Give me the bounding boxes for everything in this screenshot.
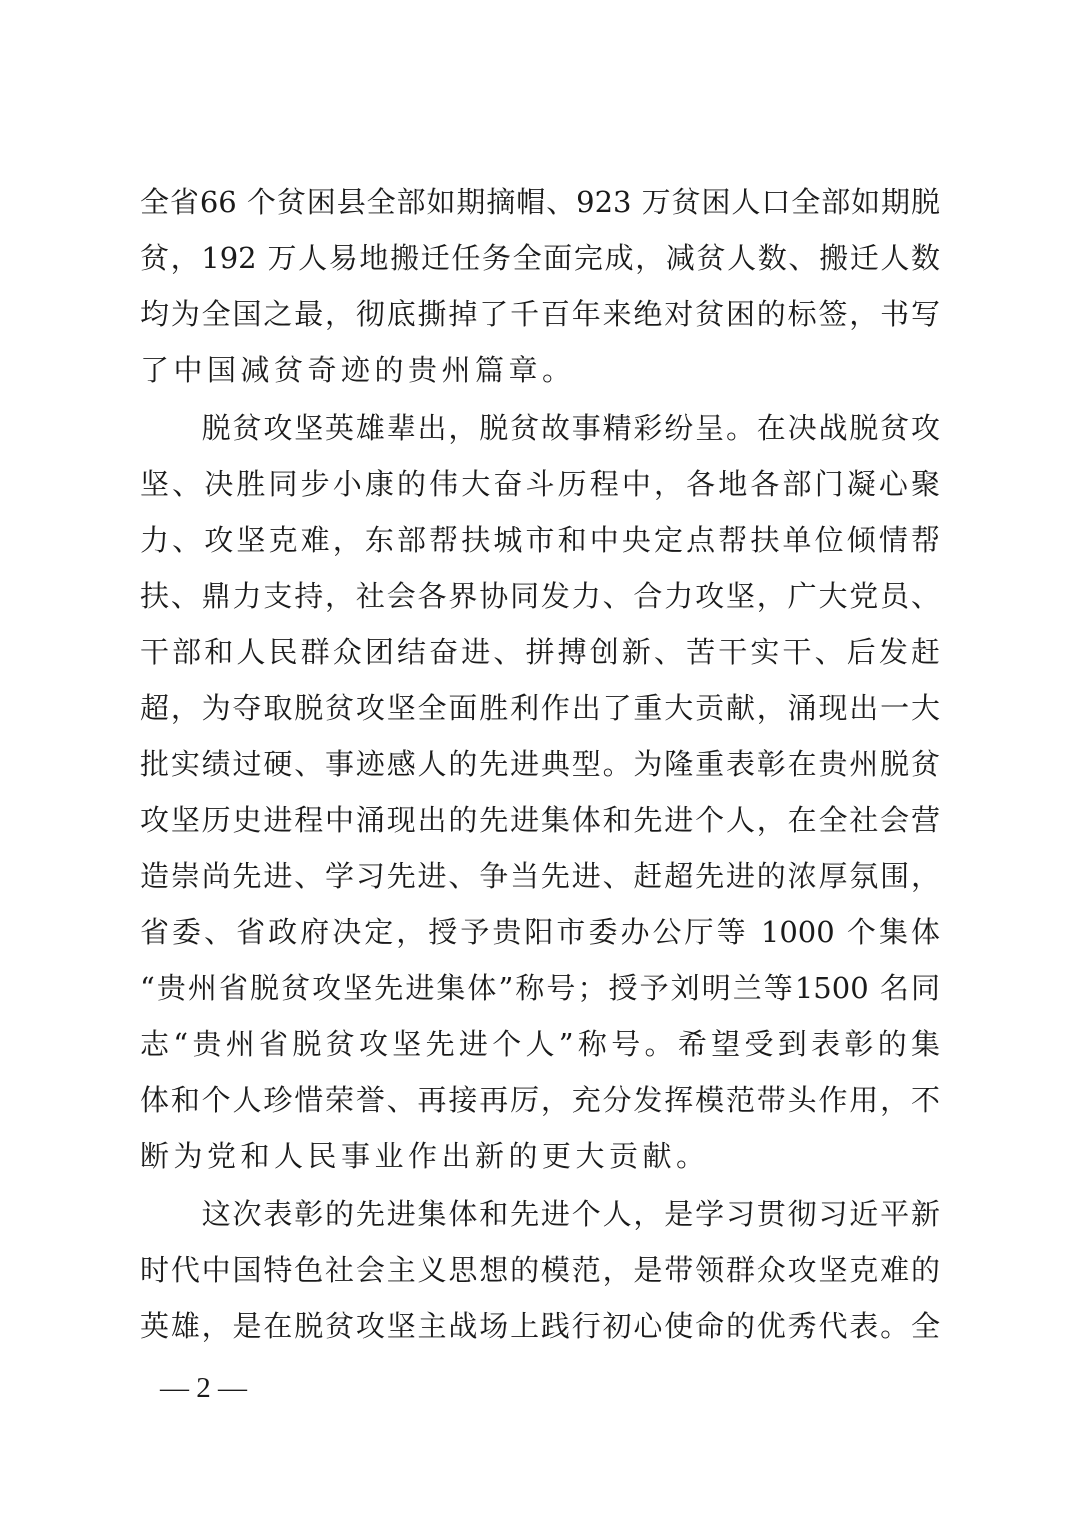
text-line: 省委、省政府决定，授予贵阳市委办公厅等 1000 个集体 — [140, 912, 940, 952]
text-line: 扶、鼎力支持，社会各界协同发力、合力攻坚，广大党员、 — [140, 576, 940, 616]
text-line: 攻坚历史进程中涌现出的先进集体和先进个人，在全社会营 — [140, 800, 940, 840]
text-line: 脱贫攻坚英雄辈出，脱贫故事精彩纷呈。在决战脱贫攻 — [140, 408, 940, 448]
text-line: 造崇尚先进、学习先进、争当先进、赶超先进的浓厚氛围， — [140, 856, 940, 896]
text-line: 了中国减贫奇迹的贵州篇章。 — [140, 350, 940, 390]
text-line: 超，为夺取脱贫攻坚全面胜利作出了重大贡献，涌现出一大 — [140, 688, 940, 728]
text-line: 均为全国之最，彻底撕掉了千百年来绝对贫困的标签，书写 — [140, 294, 940, 334]
text-line: 批实绩过硬、事迹感人的先进典型。为隆重表彰在贵州脱贫 — [140, 744, 940, 784]
text-line: 时代中国特色社会主义思想的模范，是带领群众攻坚克难的 — [140, 1250, 940, 1290]
text-line: 贫，192 万人易地搬迁任务全面完成，减贫人数、搬迁人数 — [140, 238, 940, 278]
text-line: 这次表彰的先进集体和先进个人，是学习贯彻习近平新 — [140, 1194, 940, 1234]
document-page: 全省66 个贫困县全部如期摘帽、923 万贫困人口全部如期脱 贫，192 万人易… — [0, 0, 1080, 1527]
text-line: 坚、决胜同步小康的伟大奋斗历程中，各地各部门凝心聚 — [140, 464, 940, 504]
text-line: 志“贵州省脱贫攻坚先进个人”称号。希望受到表彰的集 — [140, 1024, 940, 1064]
text-line: 全省66 个贫困县全部如期摘帽、923 万贫困人口全部如期脱 — [140, 182, 940, 222]
text-line: 力、攻坚克难，东部帮扶城市和中央定点帮扶单位倾情帮 — [140, 520, 940, 560]
text-line: 英雄，是在脱贫攻坚主战场上践行初心使命的优秀代表。全 — [140, 1306, 940, 1346]
page-number: — 2 — — [160, 1368, 247, 1408]
text-line: “贵州省脱贫攻坚先进集体”称号；授予刘明兰等1500 名同 — [140, 968, 940, 1008]
text-line: 体和个人珍惜荣誉、再接再厉，充分发挥模范带头作用，不 — [140, 1080, 940, 1120]
text-line: 断为党和人民事业作出新的更大贡献。 — [140, 1136, 940, 1176]
text-line: 干部和人民群众团结奋进、拼搏创新、苦干实干、后发赶 — [140, 632, 940, 672]
